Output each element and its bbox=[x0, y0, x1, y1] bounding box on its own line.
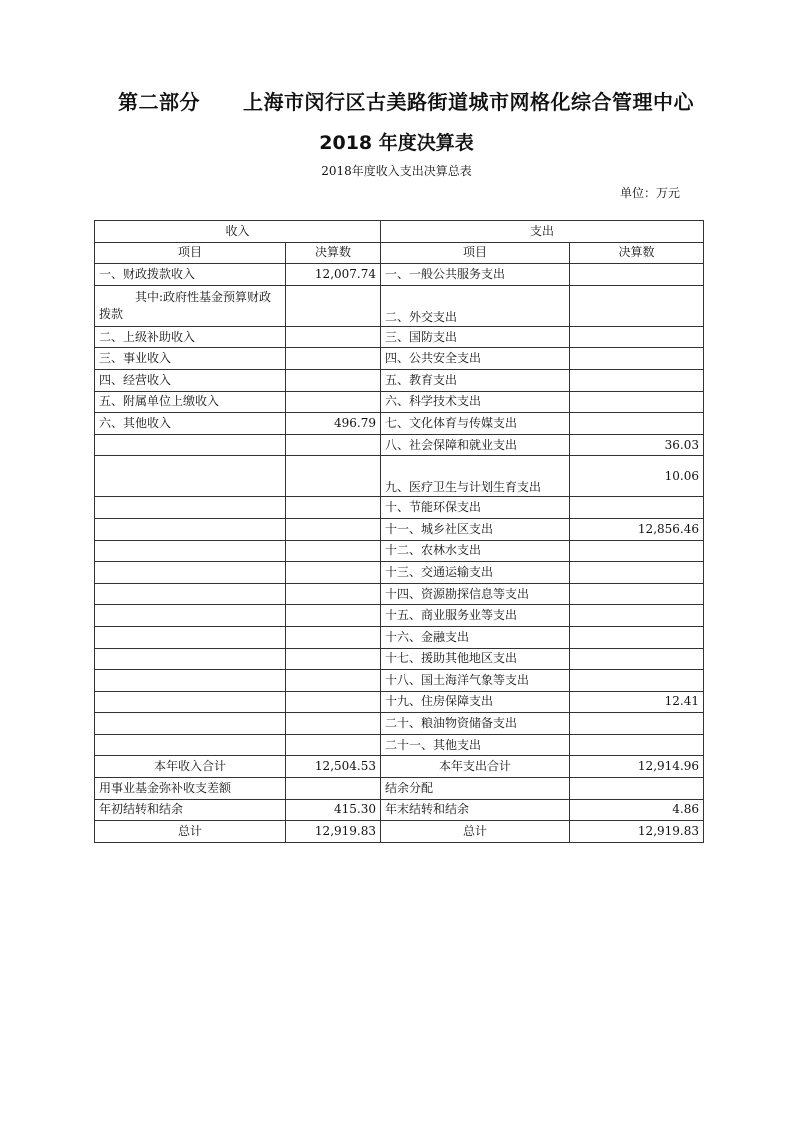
expense-item: 十八、国土海洋气象等支出 bbox=[381, 670, 570, 692]
table-row: 十二、农林水支出 bbox=[95, 540, 704, 562]
expense-amount bbox=[570, 348, 704, 370]
table-row: 十五、商业服务业等支出 bbox=[95, 605, 704, 627]
table-row: 其中:政府性基金预算财政拨款二、外交支出 bbox=[95, 285, 704, 326]
income-amount bbox=[286, 497, 381, 519]
income-item: 总计 bbox=[95, 821, 286, 843]
table-row: 十七、援助其他地区支出 bbox=[95, 648, 704, 670]
table-row: 五、附属单位上缴收入六、科学技术支出 bbox=[95, 391, 704, 413]
income-amount bbox=[286, 583, 381, 605]
income-amount bbox=[286, 285, 381, 326]
income-item bbox=[95, 583, 286, 605]
income-header: 收入 bbox=[95, 221, 381, 243]
expense-item: 二、外交支出 bbox=[381, 285, 570, 326]
income-item: 二、上级补助收入 bbox=[95, 326, 286, 348]
expense-amount bbox=[570, 413, 704, 435]
expense-item: 十六、金融支出 bbox=[381, 626, 570, 648]
expense-item: 十三、交通运输支出 bbox=[381, 562, 570, 584]
expense-item: 三、国防支出 bbox=[381, 326, 570, 348]
table-caption: 2018年度收入支出决算总表 bbox=[0, 162, 793, 179]
income-amount bbox=[286, 391, 381, 413]
income-amount bbox=[286, 562, 381, 584]
income-item: 六、其他收入 bbox=[95, 413, 286, 435]
expense-item: 九、医疗卫生与计划生育支出 bbox=[381, 456, 570, 497]
expense-item: 十一、城乡社区支出 bbox=[381, 518, 570, 540]
table-row: 十九、住房保障支出12.41 bbox=[95, 691, 704, 713]
expense-amount bbox=[570, 540, 704, 562]
income-amount bbox=[286, 778, 381, 800]
table-row: 十一、城乡社区支出12,856.46 bbox=[95, 518, 704, 540]
expense-amount: 10.06 bbox=[570, 456, 704, 497]
table-row: 三、事业收入四、公共安全支出 bbox=[95, 348, 704, 370]
income-amount: 12,504.53 bbox=[286, 756, 381, 778]
income-amount bbox=[286, 456, 381, 497]
income-item: 三、事业收入 bbox=[95, 348, 286, 370]
expense-item: 四、公共安全支出 bbox=[381, 348, 570, 370]
income-amount bbox=[286, 691, 381, 713]
report-title: 2018 年度决算表 bbox=[0, 128, 793, 155]
table-row: 十、节能环保支出 bbox=[95, 497, 704, 519]
table-row: 八、社会保障和就业支出36.03 bbox=[95, 434, 704, 456]
income-amount bbox=[286, 326, 381, 348]
expense-amount bbox=[570, 626, 704, 648]
expense-item: 总计 bbox=[381, 821, 570, 843]
expense-amount bbox=[570, 583, 704, 605]
income-item bbox=[95, 670, 286, 692]
expense-amount bbox=[570, 778, 704, 800]
expense-item: 七、文化体育与传媒支出 bbox=[381, 413, 570, 435]
expense-item: 十四、资源勘探信息等支出 bbox=[381, 583, 570, 605]
expense-item: 六、科学技术支出 bbox=[381, 391, 570, 413]
expense-amount bbox=[570, 391, 704, 413]
section-header-row: 收入 支出 bbox=[95, 221, 704, 243]
income-item: 其中:政府性基金预算财政拨款 bbox=[95, 285, 286, 326]
expense-item: 十、节能环保支出 bbox=[381, 497, 570, 519]
expense-amount bbox=[570, 264, 704, 286]
expense-amount: 36.03 bbox=[570, 434, 704, 456]
budget-table: 收入 支出 项目 决算数 项目 决算数 一、财政拨款收入12,007.74一、一… bbox=[94, 220, 704, 843]
expense-amount bbox=[570, 562, 704, 584]
income-amount bbox=[286, 734, 381, 756]
income-amount bbox=[286, 670, 381, 692]
table-row: 十三、交通运输支出 bbox=[95, 562, 704, 584]
income-item: 本年收入合计 bbox=[95, 756, 286, 778]
summary-row: 本年收入合计12,504.53本年支出合计12,914.96 bbox=[95, 756, 704, 778]
table-row: 六、其他收入496.79七、文化体育与传媒支出 bbox=[95, 413, 704, 435]
income-item bbox=[95, 497, 286, 519]
income-item bbox=[95, 456, 286, 497]
expense-amount bbox=[570, 713, 704, 735]
income-amount bbox=[286, 713, 381, 735]
expense-amount bbox=[570, 285, 704, 326]
income-amount: 12,919.83 bbox=[286, 821, 381, 843]
income-item bbox=[95, 434, 286, 456]
table-row: 十四、资源勘探信息等支出 bbox=[95, 583, 704, 605]
expense-item: 本年支出合计 bbox=[381, 756, 570, 778]
table-row: 十六、金融支出 bbox=[95, 626, 704, 648]
expense-item: 十九、住房保障支出 bbox=[381, 691, 570, 713]
expense-amount bbox=[570, 369, 704, 391]
income-amount bbox=[286, 369, 381, 391]
income-amount bbox=[286, 626, 381, 648]
income-item bbox=[95, 734, 286, 756]
summary-row: 用事业基金弥补收支差额结余分配 bbox=[95, 778, 704, 800]
expense-amount bbox=[570, 497, 704, 519]
income-item-header: 项目 bbox=[95, 242, 286, 264]
expense-amount: 4.86 bbox=[570, 799, 704, 821]
expense-amount bbox=[570, 648, 704, 670]
table-row: 二、上级补助收入三、国防支出 bbox=[95, 326, 704, 348]
expense-item: 五、教育支出 bbox=[381, 369, 570, 391]
expense-item: 十五、商业服务业等支出 bbox=[381, 605, 570, 627]
summary-row: 总计12,919.83总计12,919.83 bbox=[95, 821, 704, 843]
expense-item: 一、一般公共服务支出 bbox=[381, 264, 570, 286]
income-item bbox=[95, 562, 286, 584]
expense-amount bbox=[570, 326, 704, 348]
income-item bbox=[95, 540, 286, 562]
table-row: 二十一、其他支出 bbox=[95, 734, 704, 756]
income-amount: 12,007.74 bbox=[286, 264, 381, 286]
expense-amount-header: 决算数 bbox=[570, 242, 704, 264]
expense-item: 二十、粮油物资储备支出 bbox=[381, 713, 570, 735]
expense-amount: 12,856.46 bbox=[570, 518, 704, 540]
part-label: 第二部分 bbox=[118, 86, 200, 115]
expense-amount bbox=[570, 734, 704, 756]
income-item: 用事业基金弥补收支差额 bbox=[95, 778, 286, 800]
income-amount: 415.30 bbox=[286, 799, 381, 821]
income-item bbox=[95, 713, 286, 735]
income-amount-header: 决算数 bbox=[286, 242, 381, 264]
table-row: 十八、国土海洋气象等支出 bbox=[95, 670, 704, 692]
income-amount: 496.79 bbox=[286, 413, 381, 435]
income-amount bbox=[286, 648, 381, 670]
expense-item: 二十一、其他支出 bbox=[381, 734, 570, 756]
table-row: 二十、粮油物资储备支出 bbox=[95, 713, 704, 735]
expense-item: 年末结转和结余 bbox=[381, 799, 570, 821]
income-amount bbox=[286, 434, 381, 456]
income-amount bbox=[286, 605, 381, 627]
expense-amount bbox=[570, 605, 704, 627]
summary-row: 年初结转和结余415.30年末结转和结余4.86 bbox=[95, 799, 704, 821]
expense-item-header: 项目 bbox=[381, 242, 570, 264]
column-header-row: 项目 决算数 项目 决算数 bbox=[95, 242, 704, 264]
organization-name: 上海市闵行区古美路街道城市网格化综合管理中心 bbox=[243, 86, 694, 115]
table-row: 九、医疗卫生与计划生育支出10.06 bbox=[95, 456, 704, 497]
expense-header: 支出 bbox=[381, 221, 704, 243]
expense-item: 八、社会保障和就业支出 bbox=[381, 434, 570, 456]
income-item bbox=[95, 648, 286, 670]
income-item: 四、经营收入 bbox=[95, 369, 286, 391]
table-row: 四、经营收入五、教育支出 bbox=[95, 369, 704, 391]
income-item bbox=[95, 518, 286, 540]
unit-label: 单位：万元 bbox=[620, 184, 680, 201]
expense-amount: 12.41 bbox=[570, 691, 704, 713]
table-row: 一、财政拨款收入12,007.74一、一般公共服务支出 bbox=[95, 264, 704, 286]
expense-amount: 12,919.83 bbox=[570, 821, 704, 843]
expense-item: 结余分配 bbox=[381, 778, 570, 800]
income-item: 五、附属单位上缴收入 bbox=[95, 391, 286, 413]
expense-item: 十二、农林水支出 bbox=[381, 540, 570, 562]
income-item: 年初结转和结余 bbox=[95, 799, 286, 821]
income-item bbox=[95, 626, 286, 648]
income-amount bbox=[286, 348, 381, 370]
income-item: 一、财政拨款收入 bbox=[95, 264, 286, 286]
expense-amount: 12,914.96 bbox=[570, 756, 704, 778]
expense-item: 十七、援助其他地区支出 bbox=[381, 648, 570, 670]
income-amount bbox=[286, 518, 381, 540]
income-item bbox=[95, 605, 286, 627]
expense-amount bbox=[570, 670, 704, 692]
income-item bbox=[95, 691, 286, 713]
income-amount bbox=[286, 540, 381, 562]
